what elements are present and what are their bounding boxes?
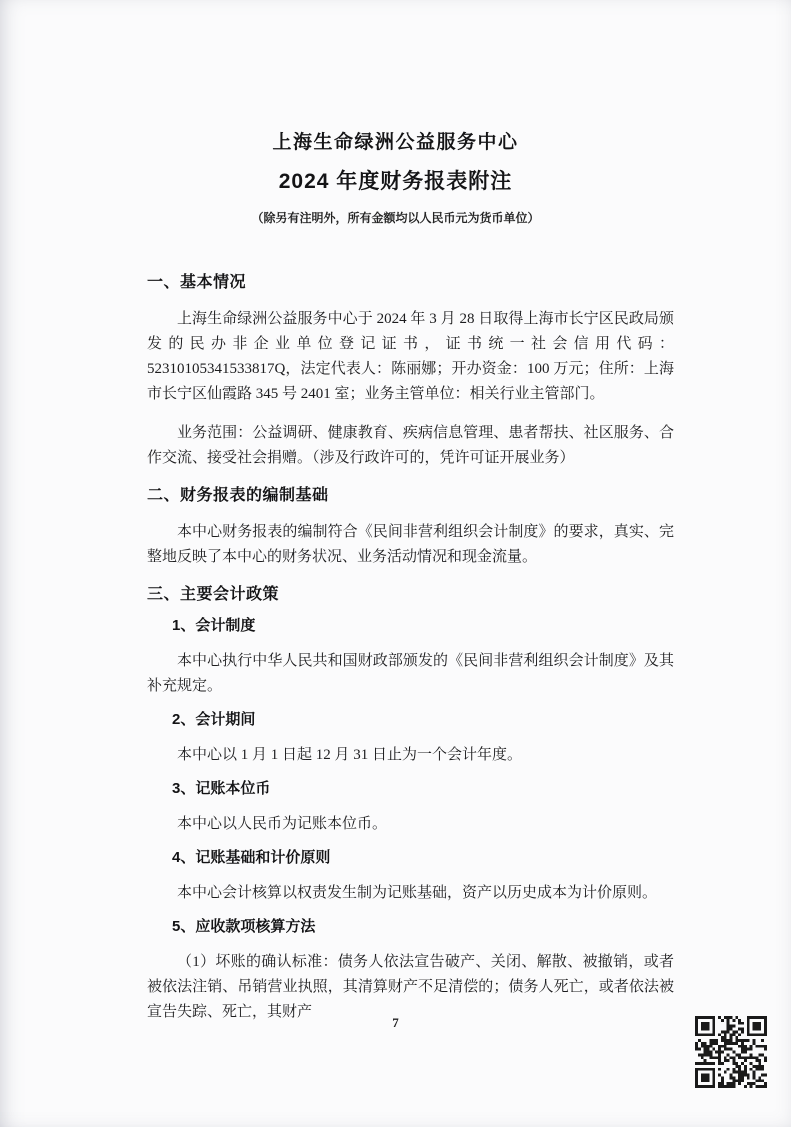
paragraph-preparation-basis: 本中心财务报表的编制符合《民间非营利组织会计制度》的要求，真实、完整地反映了本中… [147,520,674,570]
subsection-heading-receivables-method: 5、应收款项核算方法 [172,917,674,936]
paragraph-business-scope: 业务范围：公益调研、健康教育、疾病信息管理、患者帮扶、社区服务、合作交流、接受社… [147,421,674,471]
section-heading-preparation-basis: 二、财务报表的编制基础 [147,486,674,506]
qr-code [695,1016,767,1088]
page-number: 7 [0,1015,791,1031]
section-heading-basic-info: 一、基本情况 [147,273,674,293]
subsection-heading-accounting-period: 2、会计期间 [172,710,674,729]
subsection-heading-accounting-basis: 4、记账基础和计价原则 [172,848,674,867]
paragraph-bad-debt-criteria: （1）坏账的确认标准：债务人依法宣告破产、关闭、解散、被撤销，或者被依法注销、吊… [147,950,674,1025]
section-heading-accounting-policies: 三、主要会计政策 [147,585,674,605]
paragraph-accounting-system: 本中心执行中华人民共和国财政部颁发的《民间非营利组织会计制度》及其补充规定。 [147,649,674,699]
paragraph-accounting-basis: 本中心会计核算以权责发生制为记账基础，资产以历史成本为计价原则。 [147,881,674,906]
doc-title: 2024 年度财务报表附注 [0,169,791,195]
paragraph-accounting-period: 本中心以 1 月 1 日起 12 月 31 日止为一个会计年度。 [147,743,674,768]
org-name-title: 上海生命绿洲公益服务中心 [0,131,791,154]
paragraph-registration-info: 上海生命绿洲公益服务中心于 2024 年 3 月 28 日取得上海市长宁区民政局… [147,307,674,407]
paragraph-functional-currency: 本中心以人民币为记账本位币。 [147,812,674,837]
subsection-heading-functional-currency: 3、记账本位币 [172,779,674,798]
document-header: 上海生命绿洲公益服务中心 2024 年度财务报表附注 （除另有注明外，所有金额均… [0,0,791,225]
document-body: 一、基本情况 上海生命绿洲公益服务中心于 2024 年 3 月 28 日取得上海… [147,273,674,1025]
subsection-heading-accounting-system: 1、会计制度 [172,616,674,635]
document-page: 上海生命绿洲公益服务中心 2024 年度财务报表附注 （除另有注明外，所有金额均… [0,0,791,1127]
currency-unit-note: （除另有注明外，所有金额均以人民币元为货币单位） [0,211,791,225]
